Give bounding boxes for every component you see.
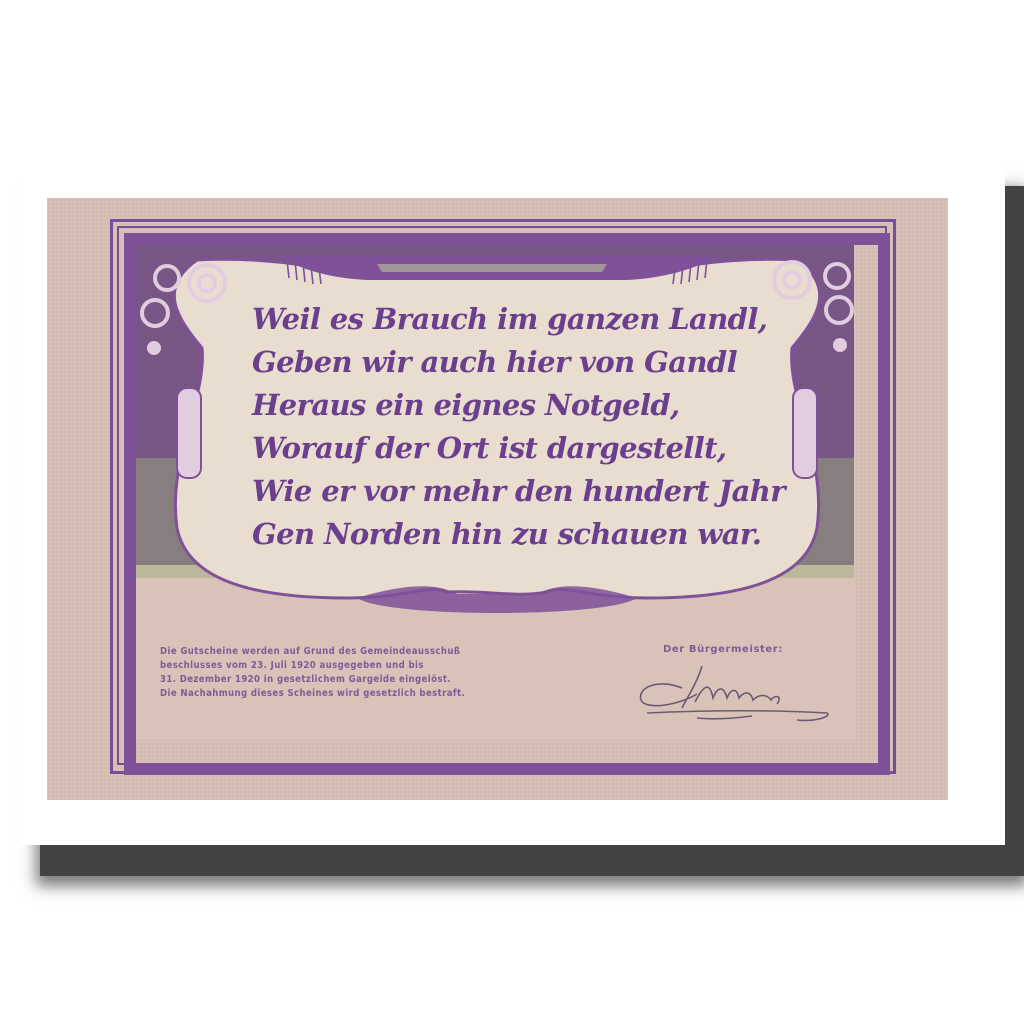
poem-line: Heraus ein eignes Notgeld, — [252, 384, 772, 427]
legal-notice: Die Gutscheine werden auf Grund des Geme… — [160, 645, 590, 701]
notice-line: 31. Dezember 1920 in gesetzlichem Gargel… — [160, 673, 590, 687]
poem-line: Wie er vor mehr den hundert Jahr — [252, 470, 772, 513]
signature-title: Der Bürgermeister: — [663, 644, 783, 655]
poem-line: Weil es Brauch im ganzen Landl, — [252, 298, 772, 341]
notice-line: Die Nachahmung dieses Scheines wird gese… — [160, 687, 590, 701]
banknote: Weil es Brauch im ganzen Landl, Geben wi… — [47, 198, 948, 800]
handwritten-signature-icon — [627, 658, 847, 728]
poem-line: Gen Norden hin zu schauen war. — [252, 513, 772, 556]
poem-line: Geben wir auch hier von Gandl — [252, 341, 772, 384]
notice-line: Die Gutscheine werden auf Grund des Geme… — [160, 645, 590, 659]
notice-line: beschlusses vom 23. Juli 1920 ausgegeben… — [160, 659, 590, 673]
poem-text: Weil es Brauch im ganzen Landl, Geben wi… — [252, 298, 772, 556]
poem-line: Worauf der Ort ist dargestellt, — [252, 427, 772, 470]
